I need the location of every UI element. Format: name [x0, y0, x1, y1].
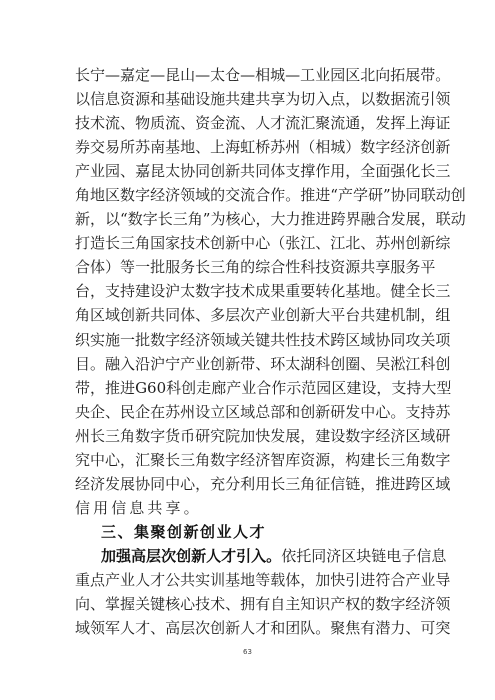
text-line: 央企、民企在苏州设立区域总部和创新研发中心。支持苏 — [75, 400, 420, 424]
paragraph-regional-cooperation: 长宁—嘉定—昆山—太仓—相城—工业园区北向拓展带。以信息资源和基础设施共建共享为… — [75, 63, 420, 520]
text-line: 带，推进G60科创走廊产业合作示范园区建设，支持大型 — [75, 376, 420, 400]
text-line: 向、掌握关键核心技术、拥有自主知识产权的数字经济领 — [75, 592, 420, 616]
text-line: 目。融入沿沪宁产业创新带、环太湖科创圈、吴淞江科创 — [75, 352, 420, 376]
text-line: 长宁—嘉定—昆山—太仓—相城—工业园区北向拓展带。 — [75, 63, 420, 87]
text-line: 台，支持建设沪太数字技术成果重要转化基地。健全长三 — [75, 279, 420, 303]
text-line: 产业园、嘉昆太协同创新共同体支撑作用，全面强化长三 — [75, 159, 420, 183]
text-line: 角地区数字经济领域的交流合作。推进“产学研”协同联动创 — [75, 183, 420, 207]
section-heading: 三、集聚创新创业人才 — [75, 520, 420, 544]
text-line: 券交易所苏南基地、上海虹桥苏州（相城）数字经济创新 — [75, 135, 420, 159]
paragraph-talent-lead: 加强高层次创新人才引入。依托同济区块链电子信息 — [75, 544, 420, 568]
page-number: 63 — [0, 648, 495, 656]
text-line: 经济发展协同中心，充分利用长三角征信链，推进跨区域 — [75, 472, 420, 496]
text-line: 技术流、物质流、资金流、人才流汇聚流通，发挥上海证 — [75, 111, 420, 135]
document-page: 长宁—嘉定—昆山—太仓—相城—工业园区北向拓展带。以信息资源和基础设施共建共享为… — [0, 0, 495, 700]
text-line: 新，以“数字长三角”为核心，大力推进跨界融合发展，联动 — [75, 207, 420, 231]
body-text: 长宁—嘉定—昆山—太仓—相城—工业园区北向拓展带。以信息资源和基础设施共建共享为… — [75, 63, 420, 640]
text-line: 合体）等一批服务长三角的综合性科技资源共享服务平 — [75, 255, 420, 279]
text-line: 信用信息共享。 — [75, 496, 420, 520]
text-line: 州长三角数字货币研究院加快发展，建设数字经济区域研 — [75, 424, 420, 448]
text-line: 织实施一批数字经济领域关键共性技术跨区域协同攻关项 — [75, 328, 420, 352]
text-line: 角区域创新共同体、多层次产业创新大平台共建机制，组 — [75, 303, 420, 327]
text-line: 重点产业人才公共实训基地等载体，加快引进符合产业导 — [75, 568, 420, 592]
paragraph-talent-body: 重点产业人才公共实训基地等载体，加快引进符合产业导向、掌握关键核心技术、拥有自主… — [75, 568, 420, 640]
text-line: 打造长三角国家技术创新中心（张江、江北、苏州创新综 — [75, 231, 420, 255]
text-line: 究中心，汇聚长三角数字经济智库资源，构建长三角数字 — [75, 448, 420, 472]
text-line: 以信息资源和基础设施共建共享为切入点，以数据流引领 — [75, 87, 420, 111]
text-line: 域领军人才、高层次创新人才和团队。聚焦有潜力、可突 — [75, 616, 420, 640]
